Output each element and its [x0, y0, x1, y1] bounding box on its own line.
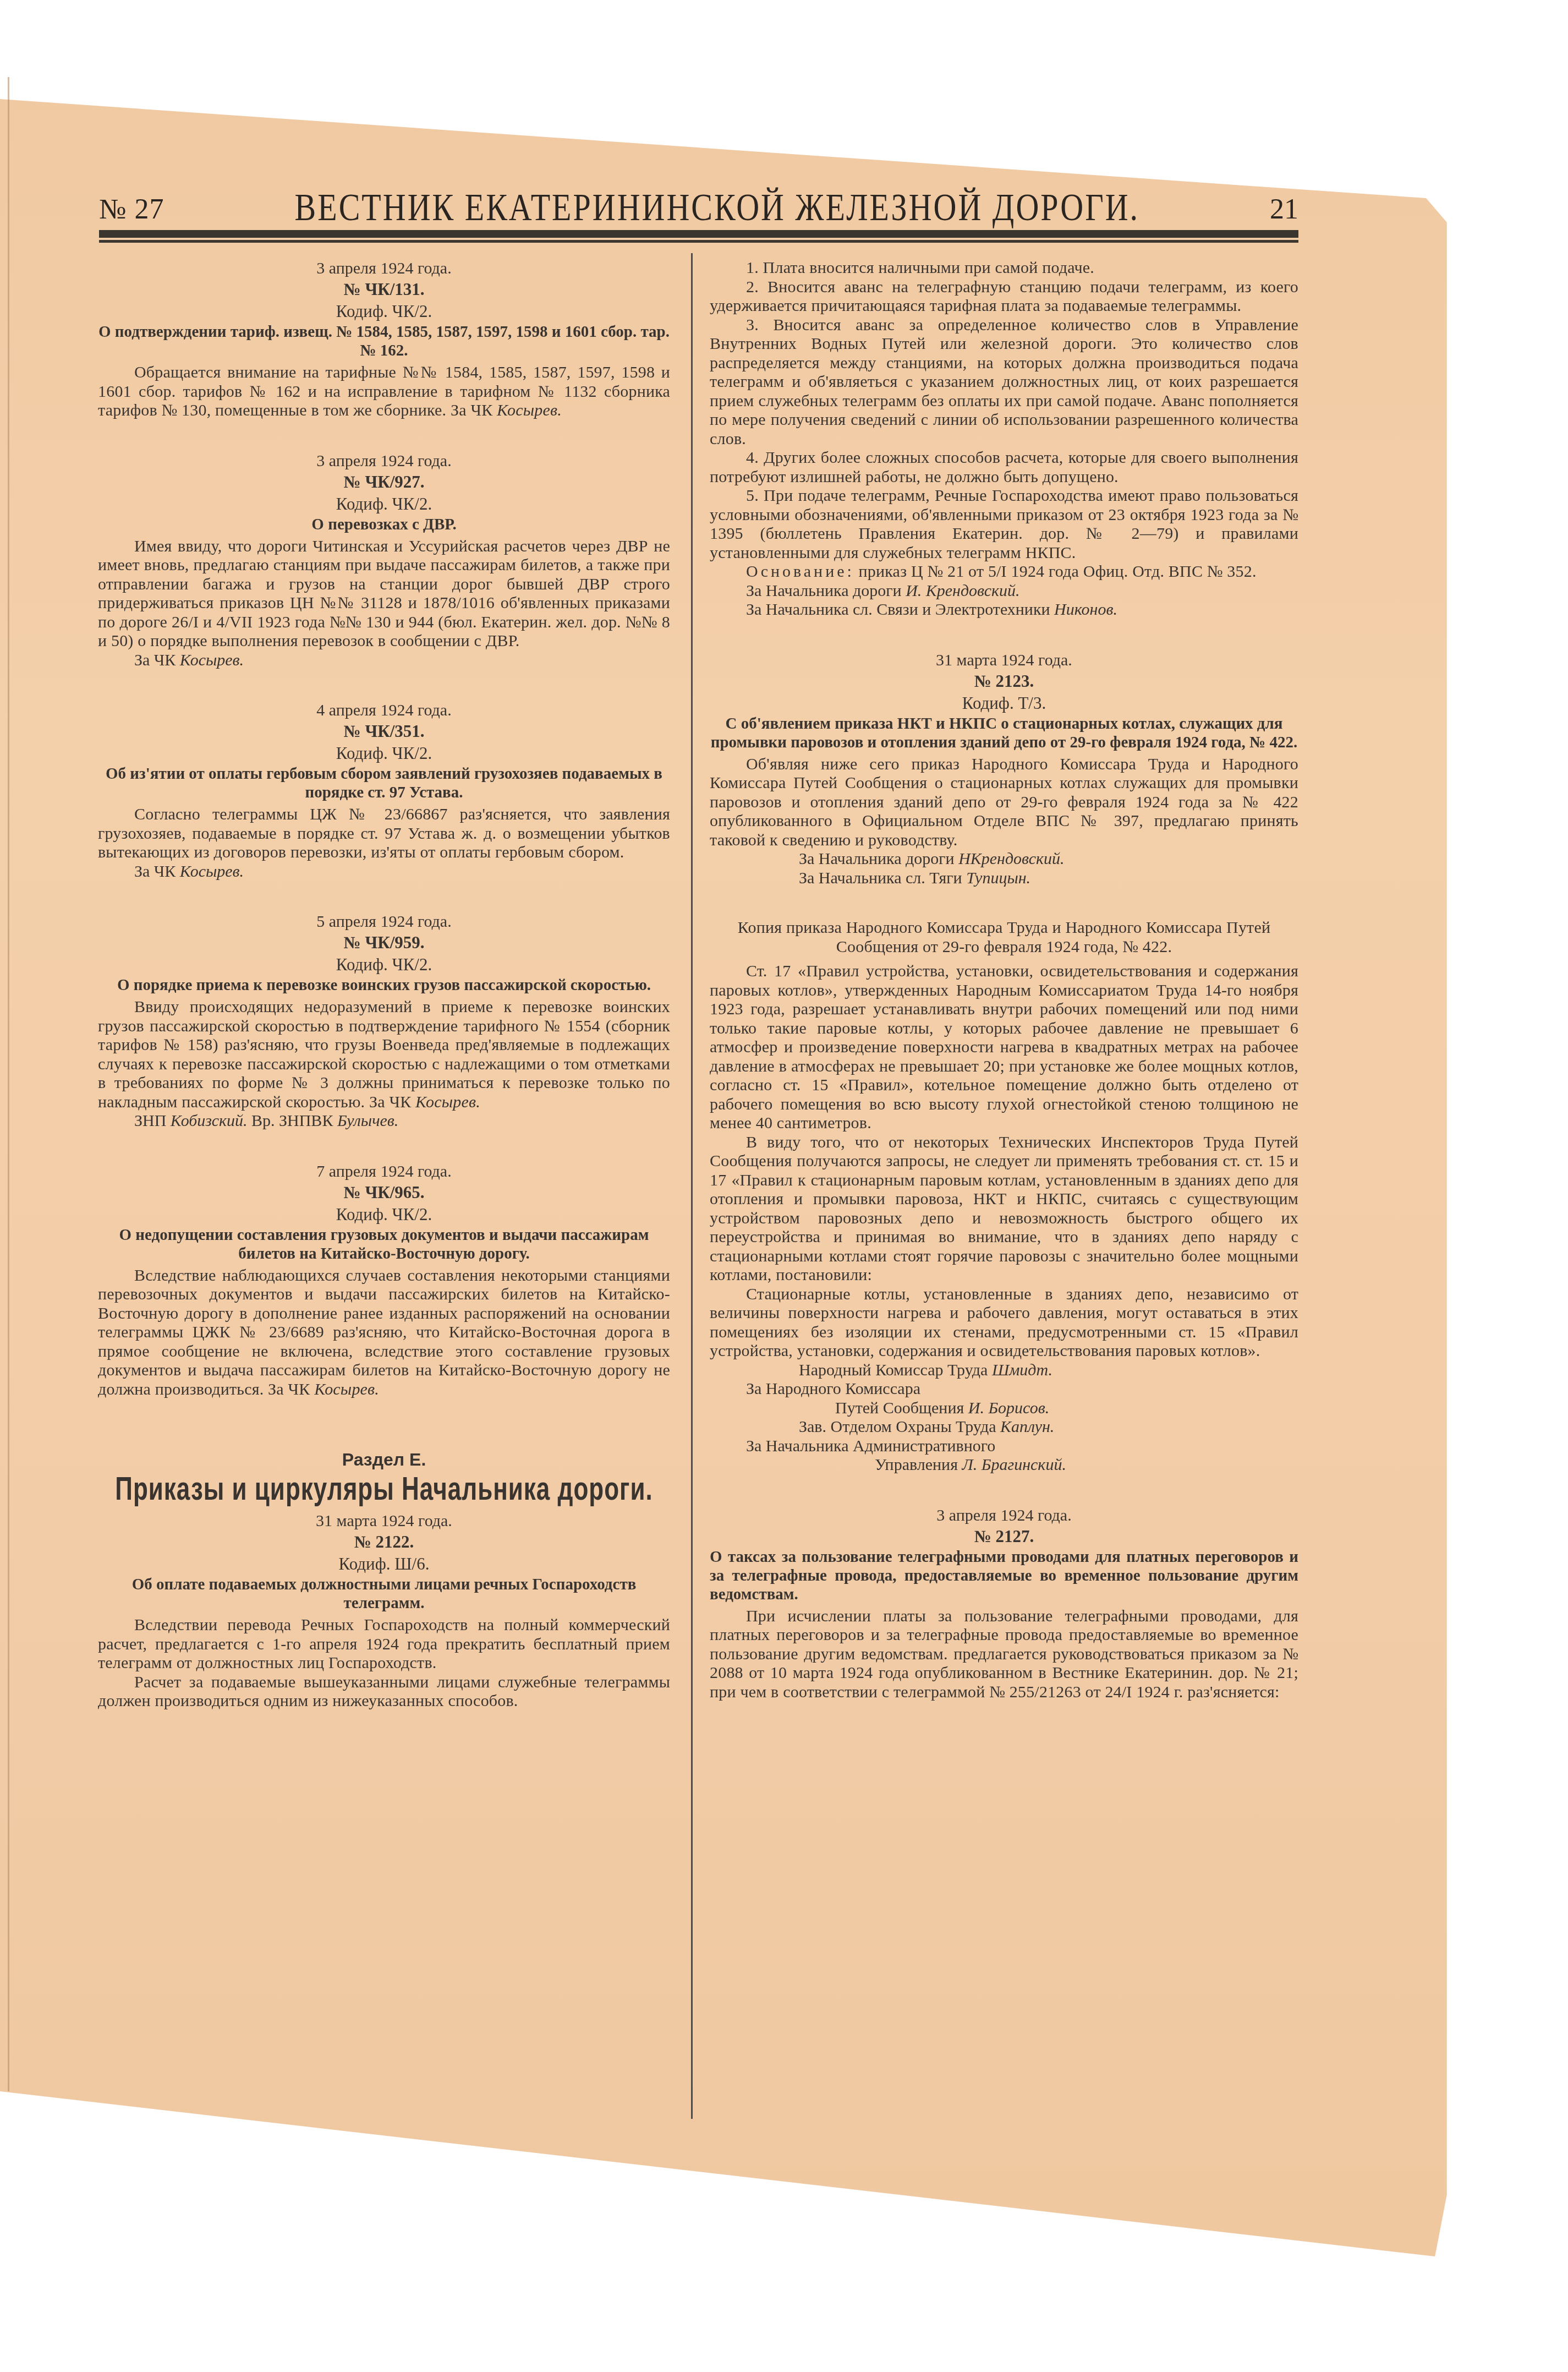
order-codif: Кодиф. Ш/6.: [98, 1553, 670, 1575]
order-signature: За ЧК Косырев.: [98, 862, 670, 882]
order-chk-965: 7 апреля 1924 года. № ЧК/965. Кодиф. ЧК/…: [98, 1162, 670, 1400]
payment-method-1: 1. Плата вносится наличными при самой по…: [710, 259, 1298, 278]
column-divider: [691, 253, 693, 2119]
signature-line: За Начальника сл. Тяги Тупицын.: [710, 869, 1298, 888]
order-date: 7 апреля 1924 года.: [98, 1162, 670, 1182]
signature-line: Управления Л. Брагинский.: [710, 1456, 1298, 1475]
order-number: № 2122.: [98, 1531, 670, 1553]
order-heading: О таксах за пользование телеграфными про…: [710, 1548, 1298, 1604]
header-rule-thin: [99, 240, 1298, 243]
page-number: 21: [1270, 193, 1298, 226]
signature-line: За Начальника Административного: [710, 1437, 1298, 1456]
copy-heading: Копия приказа Народного Комиссара Труда …: [710, 919, 1298, 957]
payment-method-3: 3. Вносится аванс за определенное количе…: [710, 316, 1298, 449]
order-extra-signature: ЗНП Кобизский. Вр. ЗНПВК Булычев.: [98, 1112, 670, 1131]
basis-line: Основание: приказ Ц № 21 от 5/I 1924 год…: [710, 562, 1298, 582]
signature-line: За Начальника дороги НКрендовский.: [710, 850, 1298, 869]
order-heading: О перевозках с ДВР.: [98, 515, 670, 534]
order-heading: О порядке приема к перевозке воинских гр…: [98, 976, 670, 994]
right-column: 1. Плата вносится наличными при самой по…: [710, 259, 1298, 1732]
signature-line: Зав. Отделом Охраны Труда Каплун.: [710, 1418, 1298, 1437]
order-body: Обращается внимание на тарифные №№ 1584,…: [98, 363, 670, 420]
order-number: № ЧК/965.: [98, 1182, 670, 1204]
order-2127: 3 апреля 1924 года. № 2127. О таксах за …: [710, 1506, 1298, 1702]
order-date: 31 марта 1924 года.: [710, 651, 1298, 670]
payment-method-2: 2. Вносится аванс на телеграфную станцию…: [710, 278, 1298, 316]
order-date: 5 апреля 1924 года.: [98, 912, 670, 932]
order-codif: Кодиф. ЧК/2.: [98, 954, 670, 976]
order-date: 3 апреля 1924 года.: [98, 259, 670, 278]
page-fold-edge: [8, 77, 9, 2091]
order-codif: Кодиф. Т/3.: [710, 692, 1298, 714]
basis-label: Основание:: [746, 562, 854, 581]
order-chk-131: 3 апреля 1924 года. № ЧК/131. Кодиф. ЧК/…: [98, 259, 670, 420]
order-date: 3 апреля 1924 года.: [98, 451, 670, 471]
order-body-paragraph: Расчет за подаваемые вышеуказанными лица…: [98, 1673, 670, 1711]
order-heading: О подтверждении тариф. извещ. № 1584, 15…: [98, 323, 670, 360]
order-body: Имея ввиду, что дороги Читинская и Уссур…: [98, 537, 670, 651]
order-chk-959: 5 апреля 1924 года. № ЧК/959. Кодиф. ЧК/…: [98, 912, 670, 1131]
order-body: Об'являя ниже сего приказ Народного Коми…: [710, 755, 1298, 850]
header-rule-thick: [99, 230, 1298, 238]
signature-line: За Начальника дороги И. Крендовский.: [710, 582, 1298, 601]
signature-line: За Народного Комиссара: [710, 1380, 1298, 1399]
order-chk-351: 4 апреля 1924 года. № ЧК/351. Кодиф. ЧК/…: [98, 701, 670, 881]
order-codif: Кодиф. ЧК/2.: [98, 1204, 670, 1226]
order-number: № ЧК/927.: [98, 471, 670, 493]
signature-line: За Начальника сл. Связи и Электротехники…: [710, 600, 1298, 620]
order-2122: 31 марта 1924 года. № 2122. Кодиф. Ш/6. …: [98, 1511, 670, 1711]
order-number: № ЧК/351.: [98, 720, 670, 742]
order-body: Вследствие наблюдающихся случаев составл…: [98, 1266, 670, 1400]
order-chk-927: 3 апреля 1924 года. № ЧК/927. Кодиф. ЧК/…: [98, 451, 670, 670]
order-body: Согласно телеграммы ЦЖ № 23/66867 раз'яс…: [98, 805, 670, 862]
page-header: № 27 ВЕСТНИК ЕКАТЕРИНИНСКОЙ ЖЕЛЕЗНОЙ ДОР…: [99, 187, 1298, 226]
order-heading: Об оплате подаваемых должностными лицами…: [98, 1575, 670, 1613]
copy-order-422: Копия приказа Народного Комиссара Труда …: [710, 919, 1298, 1475]
order-codif: Кодиф. ЧК/2.: [98, 742, 670, 764]
order-2122-continuation: 1. Плата вносится наличными при самой по…: [710, 259, 1298, 620]
copy-body-paragraph: Стационарные котлы, установленные в здан…: [710, 1285, 1298, 1361]
order-number: № ЧК/131.: [98, 278, 670, 300]
order-number: № ЧК/959.: [98, 932, 670, 954]
order-codif: Кодиф. ЧК/2.: [98, 300, 670, 323]
order-heading: О недопущении составления грузовых докум…: [98, 1226, 670, 1263]
payment-method-4: 4. Других более сложных способов расчета…: [710, 449, 1298, 487]
publication-title: ВЕСТНИК ЕКАТЕРИНИНСКОЙ ЖЕЛЕЗНОЙ ДОРОГИ.: [295, 185, 1139, 229]
order-date: 3 апреля 1924 года.: [710, 1506, 1298, 1526]
payment-method-5: 5. При подаче телеграмм, Речные Госпарох…: [710, 487, 1298, 562]
order-number: № 2127.: [710, 1526, 1298, 1548]
signature-name: Косырев.: [497, 401, 562, 419]
order-2123: 31 марта 1924 года. № 2123. Кодиф. Т/3. …: [710, 651, 1298, 888]
order-body: Ввиду происходящих недоразумений в прием…: [98, 998, 670, 1112]
copy-body-paragraph: В виду того, что от некоторых Технически…: [710, 1133, 1298, 1285]
order-date: 31 марта 1924 года.: [98, 1511, 670, 1531]
issue-number: № 27: [99, 193, 165, 226]
section-title: Приказы и циркуляры Начальника дороги.: [98, 1467, 670, 1512]
left-column: 3 апреля 1924 года. № ЧК/131. Кодиф. ЧК/…: [98, 259, 670, 1742]
order-codif: Кодиф. ЧК/2.: [98, 493, 670, 515]
order-date: 4 апреля 1924 года.: [98, 701, 670, 720]
order-heading: С об'явлением приказа НКТ и НКПС о стаци…: [710, 714, 1298, 752]
copy-body-paragraph: Ст. 17 «Правил устройства, установки, ос…: [710, 962, 1298, 1133]
order-body: При исчислении платы за пользование теле…: [710, 1607, 1298, 1702]
order-body-paragraph: Вследствии перевода Речных Госпароходств…: [98, 1616, 670, 1673]
order-number: № 2123.: [710, 670, 1298, 692]
order-heading: Об из'ятии от оплаты гербовым сбором зая…: [98, 764, 670, 802]
signature-line: Путей Сообщения И. Борисов.: [710, 1399, 1298, 1418]
order-signature: За ЧК Косырев.: [98, 651, 670, 670]
signature-line: Народный Комиссар Труда Шмидт.: [710, 1361, 1298, 1380]
section-e: Раздел Е. Приказы и циркуляры Начальника…: [98, 1449, 670, 1506]
